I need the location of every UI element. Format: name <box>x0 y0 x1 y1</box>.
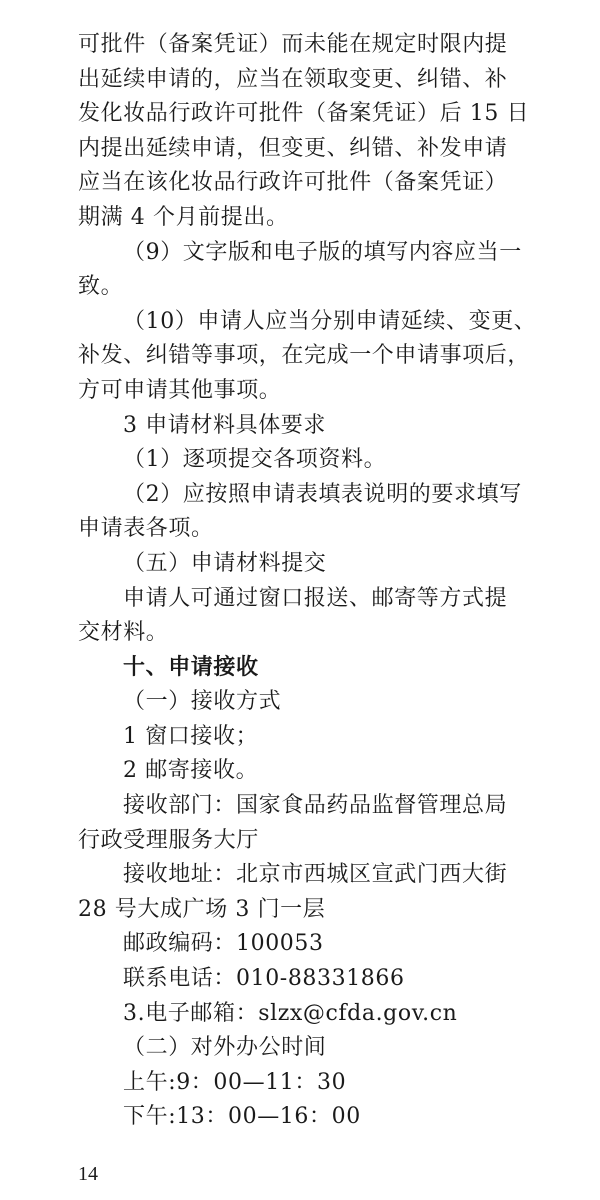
document-page: 可批件（备案凭证）而未能在规定时限内提 出延续申请的，应当在领取变更、纠错、补 … <box>78 28 528 1135</box>
list-item-1: （1）逐项提交各项资料。 <box>78 443 528 478</box>
subsection-title: （一）接收方式 <box>78 685 528 720</box>
paragraph-line: 可批件（备案凭证）而未能在规定时限内提 <box>78 28 528 63</box>
list-item-10: （10）申请人应当分别申请延续、变更、 <box>78 305 528 340</box>
paragraph-line: 交材料。 <box>78 616 528 651</box>
section-heading: 十、申请接收 <box>78 651 528 686</box>
subsection-title: 3 申请材料具体要求 <box>78 409 528 444</box>
postal-code-line: 邮政编码：100053 <box>78 927 528 962</box>
department-line: 接收部门：国家食品药品监督管理总局 <box>78 789 528 824</box>
paragraph-line: 补发、纠错等事项，在完成一个申请事项后， <box>78 339 528 374</box>
list-item: 1 窗口接收； <box>78 720 528 755</box>
list-item: 2 邮寄接收。 <box>78 754 528 789</box>
subsection-title: （二）对外办公时间 <box>78 1031 528 1066</box>
list-item-2: （2）应按照申请表填表说明的要求填写 <box>78 478 528 513</box>
paragraph-line: 应当在该化妆品行政许可批件（备案凭证） <box>78 166 528 201</box>
list-item-9: （9）文字版和电子版的填写内容应当一 <box>78 236 528 271</box>
subsection-title: （五）申请材料提交 <box>78 547 528 582</box>
paragraph-line: 申请表各项。 <box>78 512 528 547</box>
email-line: 3.电子邮箱：slzx@cfda.gov.cn <box>78 997 528 1032</box>
paragraph-line: 发化妆品行政许可批件（备案凭证）后 15 日 <box>78 97 528 132</box>
department-line: 行政受理服务大厅 <box>78 824 528 859</box>
page-number: 14 <box>78 1163 98 1186</box>
address-line: 28 号大成广场 3 门一层 <box>78 893 528 928</box>
paragraph-line: 方可申请其他事项。 <box>78 374 528 409</box>
paragraph-line: 期满 4 个月前提出。 <box>78 201 528 236</box>
phone-line: 联系电话：010-88331866 <box>78 962 528 997</box>
address-line: 接收地址：北京市西城区宣武门西大街 <box>78 858 528 893</box>
paragraph-line: 致。 <box>78 270 528 305</box>
office-hours-afternoon: 下午:13：00—16：00 <box>78 1100 528 1135</box>
paragraph-line: 出延续申请的，应当在领取变更、纠错、补 <box>78 63 528 98</box>
office-hours-morning: 上午:9：00—11：30 <box>78 1066 528 1101</box>
paragraph-line: 内提出延续申请，但变更、纠错、补发申请 <box>78 132 528 167</box>
paragraph-line: 申请人可通过窗口报送、邮寄等方式提 <box>78 582 528 617</box>
